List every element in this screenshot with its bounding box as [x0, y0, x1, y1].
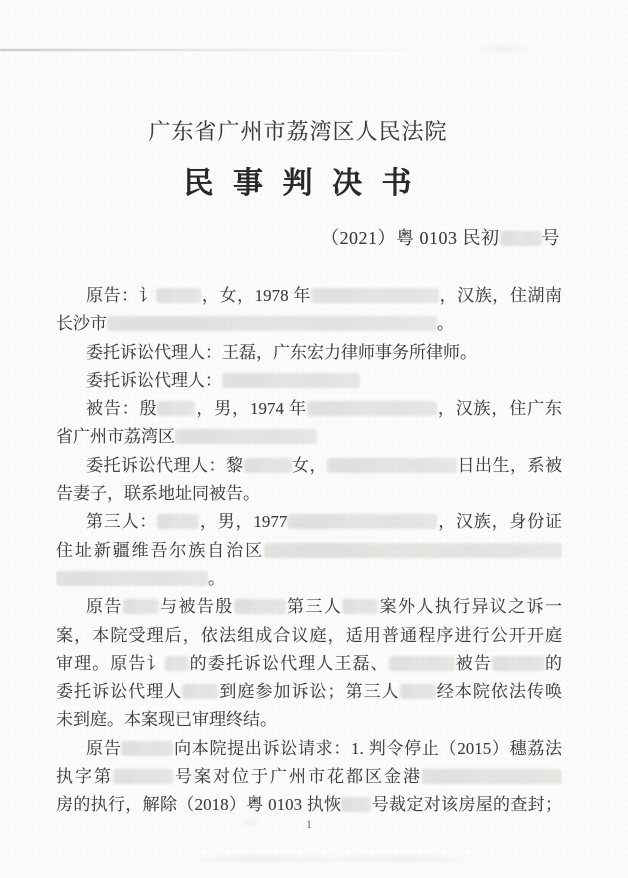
redaction-block: [287, 514, 437, 529]
redaction-block: [327, 458, 457, 473]
text-segment: ，汉族，身份证: [437, 512, 562, 531]
redaction-block: [175, 429, 317, 444]
text-segment: 到庭参加诉讼；第三人: [218, 682, 399, 701]
scan-smudge: [180, 856, 480, 862]
redaction-block: [222, 373, 360, 388]
text-line: 原告与被告殷第三人案外人执行异议之诉一: [56, 593, 562, 621]
text-line: 委托诉讼代理人：: [56, 367, 562, 395]
case-number: （2021）粤 0103 民初号: [36, 224, 560, 250]
judgment-document-page: 广东省广州市荔湾区人民法院 民 事 判 决 书 （2021）粤 0103 民初号…: [0, 0, 628, 878]
redaction-block: [156, 288, 201, 303]
text-segment: 日出生，系被: [457, 456, 562, 475]
text-segment: 省广州市荔湾区: [56, 427, 175, 446]
text-segment: 被告: [455, 654, 492, 673]
text-segment: ，男，1977: [199, 512, 287, 531]
text-line: 被告：殷，男，1974 年，汉族，住广东: [56, 395, 562, 423]
redaction-block: [492, 656, 544, 671]
text-segment: 委托诉讼代理人：王磊，广东宏力律师事务所律师。: [86, 343, 477, 362]
text-segment: 被告：殷: [86, 399, 157, 418]
text-line: 告妻子，联系地址同被告。: [56, 480, 562, 508]
redaction-block: [342, 599, 378, 614]
text-segment: 第三人: [286, 597, 343, 616]
text-segment: 审理。原告讠: [56, 654, 165, 673]
text-segment: 号案对位于广州市花都区金港: [173, 767, 422, 786]
text-segment: 。: [437, 314, 454, 333]
redaction-block: [157, 514, 199, 529]
text-line: 第三人：，男，1977，汉族，身份证: [56, 508, 562, 536]
text-line: 房的执行，解除（2018）粤 0103 执恢号裁定对该房屋的查封；: [56, 791, 562, 819]
redaction-block: [165, 656, 189, 671]
text-segment: ，女，1978 年: [201, 286, 311, 305]
redaction-block: [264, 543, 562, 558]
text-line: 委托诉讼代理人：王磊，广东宏力律师事务所律师。: [56, 339, 562, 367]
text-segment: 的: [544, 654, 562, 673]
redaction-block: [234, 599, 286, 614]
text-segment: 未到庭。本案现已审理终结。: [56, 710, 277, 729]
text-line: 。: [56, 565, 562, 593]
text-segment: 号裁定对该房屋的查封；: [371, 795, 562, 814]
text-segment: 号: [542, 228, 561, 248]
text-segment: 原告：讠: [86, 286, 156, 305]
text-line: 委托诉讼代理人：黎女，日出生，系被: [56, 452, 562, 480]
redaction-block: [244, 458, 292, 473]
text-line: 长沙市。: [56, 310, 562, 338]
redaction-block: [56, 571, 208, 586]
redaction-block: [107, 316, 437, 331]
text-line: 原告：讠，女，1978 年，汉族，住湖南省: [56, 282, 562, 310]
text-segment: 告妻子，联系地址同被告。: [56, 484, 260, 503]
text-segment: 房的执行，解除（2018）粤 0103 执恢: [56, 795, 341, 814]
text-segment: 经本院依法传唤: [436, 682, 562, 701]
text-segment: 长沙市: [56, 314, 107, 333]
scan-artifact-line: [0, 49, 440, 51]
text-segment: 第三人：: [86, 512, 157, 531]
text-segment: 原告: [86, 739, 121, 758]
text-segment: 女，: [292, 456, 328, 475]
scan-smudge: [468, 44, 538, 53]
text-line: 委托诉讼代理人到庭参加诉讼；第三人经本院依法传唤: [56, 678, 562, 706]
redaction-block: [500, 231, 542, 246]
text-segment: ，汉族，住广东: [437, 399, 562, 418]
text-segment: 委托诉讼代理人: [56, 682, 182, 701]
text-line: 原告向本院提出诉讼请求：1. 判令停止（2015）穗荔法: [56, 735, 562, 763]
text-segment: 与被告殷: [159, 597, 234, 616]
text-segment: ，男，1974 年: [195, 399, 306, 418]
text-segment: 案外人执行异议之诉一: [378, 597, 562, 616]
text-segment: 住址新疆维吾尔族自治区: [56, 541, 264, 560]
text-segment: 原告: [86, 597, 123, 616]
text-segment: 执字第: [56, 767, 113, 786]
text-segment: 。: [208, 569, 225, 588]
text-segment: 案，本院受理后，依法组成合议庭，适用普通程序进行公开开庭: [56, 626, 562, 645]
redaction-block: [121, 741, 173, 756]
text-segment: 向本院提出诉讼请求：1. 判令停止（2015）穗荔法: [173, 739, 562, 758]
redaction-block: [311, 288, 439, 303]
text-segment: 委托诉讼代理人：黎: [86, 456, 244, 475]
redaction-block: [341, 797, 371, 812]
text-segment: 委托诉讼代理人：: [86, 371, 222, 390]
judgment-body: 原告：讠，女，1978 年，汉族，住湖南省长沙市。委托诉讼代理人：王磊，广东宏力…: [56, 282, 562, 820]
page-number: 1: [56, 817, 562, 832]
text-segment: （2021）粤 0103 民初: [321, 228, 500, 248]
redaction-block: [113, 769, 173, 784]
text-line: 未到庭。本案现已审理终结。: [56, 706, 562, 734]
text-line: 省广州市荔湾区: [56, 423, 562, 451]
document-title: 民 事 判 决 书: [36, 158, 560, 202]
court-name: 广东省广州市荔湾区人民法院: [36, 115, 560, 146]
redaction-block: [422, 769, 562, 784]
text-line: 审理。原告讠的委托诉讼代理人王磊、被告的: [56, 650, 562, 678]
redaction-block: [389, 656, 455, 671]
redaction-block: [123, 599, 159, 614]
redaction-block: [400, 684, 436, 699]
redaction-block: [182, 684, 218, 699]
text-line: 案，本院受理后，依法组成合议庭，适用普通程序进行公开开庭: [56, 622, 562, 650]
text-segment: 的委托诉讼代理人王磊、: [189, 654, 389, 673]
redaction-block: [307, 401, 437, 416]
text-line: 执字第号案对位于广州市花都区金港: [56, 763, 562, 791]
redaction-block: [157, 401, 195, 416]
text-line: 住址新疆维吾尔族自治区: [56, 537, 562, 565]
